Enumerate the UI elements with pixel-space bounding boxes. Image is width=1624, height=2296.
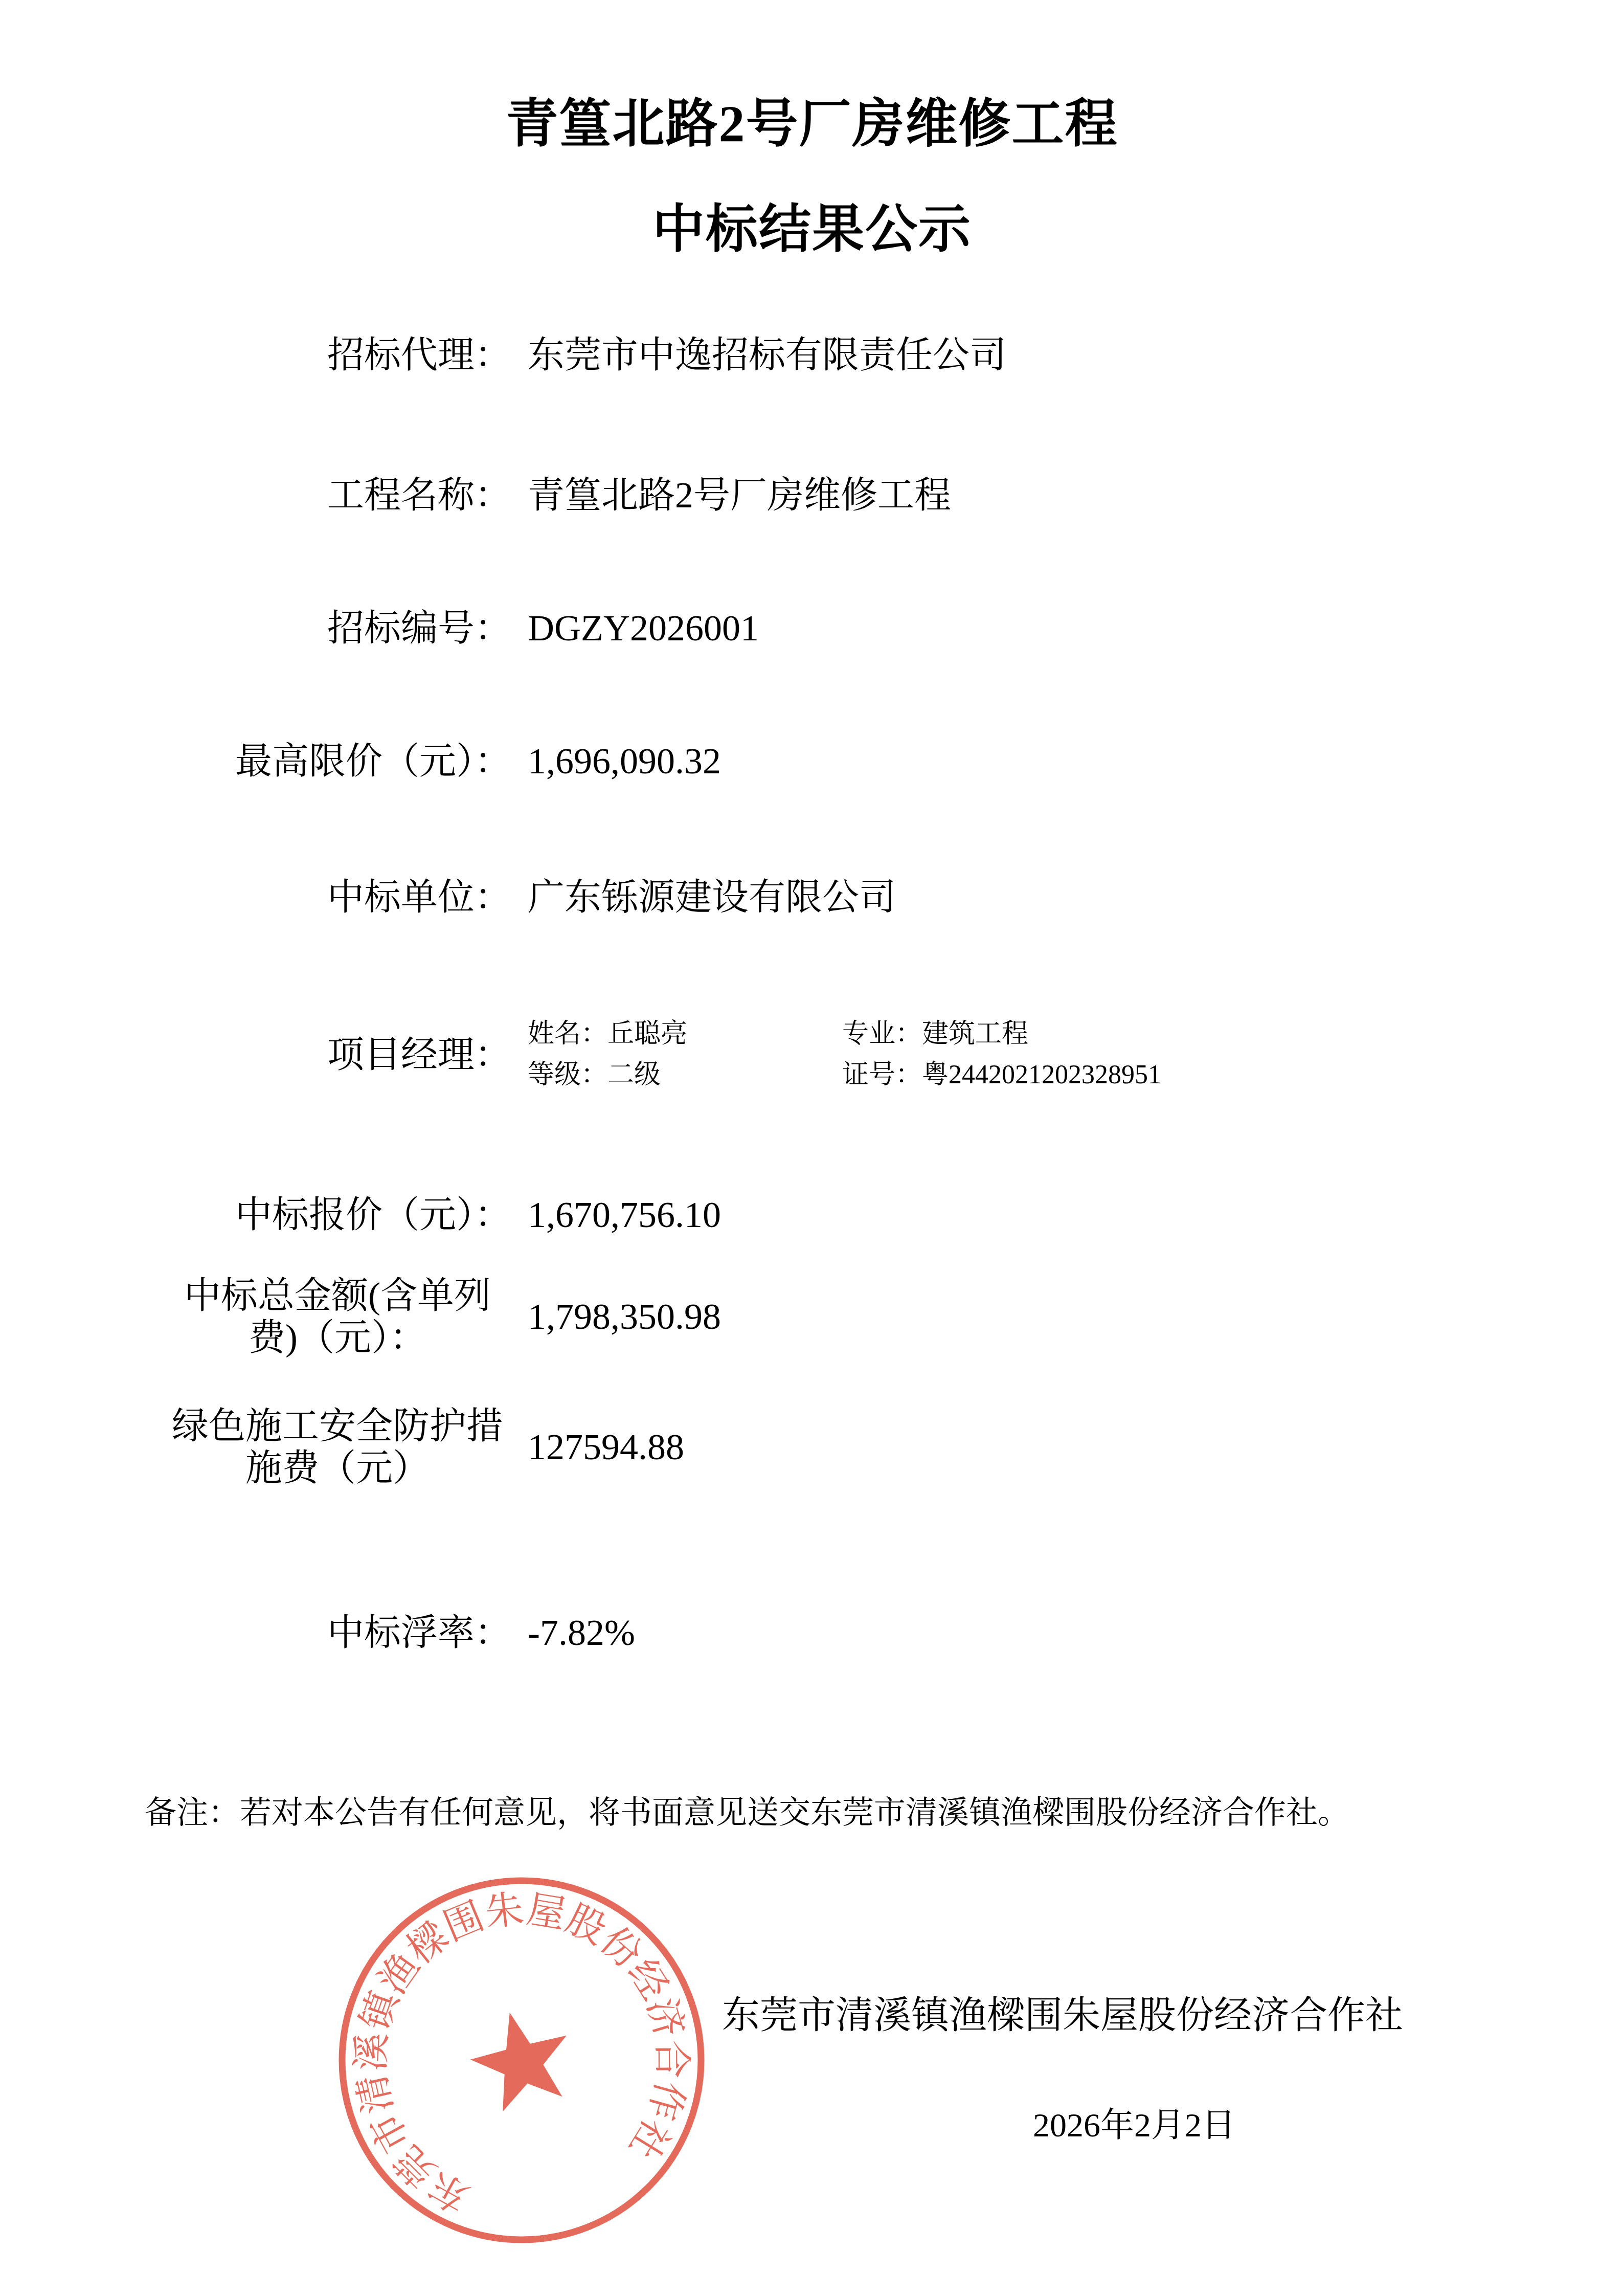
tender-no-label: 招标编号： xyxy=(164,607,511,649)
agency-label: 招标代理： xyxy=(164,334,511,376)
manager-name-line: 姓名：丘聪亮 xyxy=(528,1014,842,1055)
manager-cert-line: 证号：粤2442021202328951 xyxy=(842,1055,1161,1096)
manager-grade-label: 等级： xyxy=(528,1060,607,1089)
field-row-project-manager: 项目经理： 姓名：丘聪亮 等级：二级 专业：建筑工程 证号：粤244202120… xyxy=(164,1014,1565,1096)
manager-name-label: 姓名： xyxy=(528,1019,607,1049)
manager-major-line: 专业：建筑工程 xyxy=(842,1014,1161,1055)
project-manager-label: 项目经理： xyxy=(164,1034,511,1076)
total-amount-label: 中标总金额(含单列 费)（元）： xyxy=(164,1275,511,1358)
document-page: 青篁北路2号厂房维修工程 中标结果公示 招标代理： 东莞市中逸招标有限责任公司 … xyxy=(0,0,1624,2296)
field-row-tender-no: 招标编号： DGZY2026001 xyxy=(164,607,1565,649)
manager-major-label: 专业： xyxy=(842,1019,922,1049)
stamp-group: 东莞市清溪镇渔樑围朱屋股份经济合作社 xyxy=(334,1873,709,2240)
bid-price-value: 1,670,756.10 xyxy=(528,1194,721,1236)
project-manager-details: 姓名：丘聪亮 等级：二级 专业：建筑工程 证号：粤244202120232895… xyxy=(528,1014,1161,1096)
field-row-total-amount: 中标总金额(含单列 费)（元）： 1,798,350.98 xyxy=(164,1275,1565,1358)
document-title-line2: 中标结果公示 xyxy=(0,200,1624,260)
manager-name-value: 丘聪亮 xyxy=(607,1019,687,1049)
signature-org: 东莞市清溪镇渔樑围朱屋股份经济合作社 xyxy=(722,1994,1403,2038)
manager-grade-line: 等级：二级 xyxy=(528,1055,842,1096)
project-name-label: 工程名称： xyxy=(164,474,511,516)
field-row-winner: 中标单位： 广东铄源建设有限公司 xyxy=(164,876,1565,918)
green-fee-value: 127594.88 xyxy=(528,1426,684,1468)
remark-note: 备注：若对本公告有任何意见，将书面意见送交东莞市清溪镇渔樑围股份经济合作社。 xyxy=(145,1793,1525,1834)
signature-date: 2026年2月2日 xyxy=(1033,2105,1235,2146)
manager-col-left: 姓名：丘聪亮 等级：二级 xyxy=(528,1014,842,1096)
max-price-value: 1,696,090.32 xyxy=(528,740,721,782)
manager-cert-value: 粤2442021202328951 xyxy=(922,1060,1161,1089)
document-title-line1: 青篁北路2号厂房维修工程 xyxy=(0,95,1624,154)
green-fee-label: 绿色施工安全防护措 施费（元） xyxy=(164,1405,511,1489)
float-rate-label: 中标浮率： xyxy=(164,1612,511,1654)
field-row-agency: 招标代理： 东莞市中逸招标有限责任公司 xyxy=(164,334,1565,376)
field-row-green-fee: 绿色施工安全防护措 施费（元） 127594.88 xyxy=(164,1405,1565,1489)
project-name-value: 青篁北路2号厂房维修工程 xyxy=(528,474,951,516)
official-seal-stamp: 东莞市清溪镇渔樑围朱屋股份经济合作社 xyxy=(334,1873,709,2248)
bid-price-label: 中标报价（元）： xyxy=(164,1194,511,1236)
tender-no-value: DGZY2026001 xyxy=(528,607,759,649)
float-rate-value: -7.82% xyxy=(528,1612,635,1654)
field-row-float-rate: 中标浮率： -7.82% xyxy=(164,1612,1565,1654)
total-amount-value: 1,798,350.98 xyxy=(528,1296,721,1338)
stamp-star-icon xyxy=(462,2000,581,2116)
winner-value: 广东铄源建设有限公司 xyxy=(528,876,896,918)
max-price-label: 最高限价（元）： xyxy=(164,740,511,782)
winner-label: 中标单位： xyxy=(164,876,511,918)
manager-major-value: 建筑工程 xyxy=(922,1019,1028,1049)
field-row-bid-price: 中标报价（元）： 1,670,756.10 xyxy=(164,1194,1565,1236)
manager-grade-value: 二级 xyxy=(607,1060,661,1089)
manager-cert-label: 证号： xyxy=(842,1060,922,1089)
field-row-max-price: 最高限价（元）： 1,696,090.32 xyxy=(164,740,1565,782)
agency-value: 东莞市中逸招标有限责任公司 xyxy=(528,334,1006,376)
field-row-project-name: 工程名称： 青篁北路2号厂房维修工程 xyxy=(164,474,1565,516)
manager-col-right: 专业：建筑工程 证号：粤2442021202328951 xyxy=(842,1014,1161,1096)
